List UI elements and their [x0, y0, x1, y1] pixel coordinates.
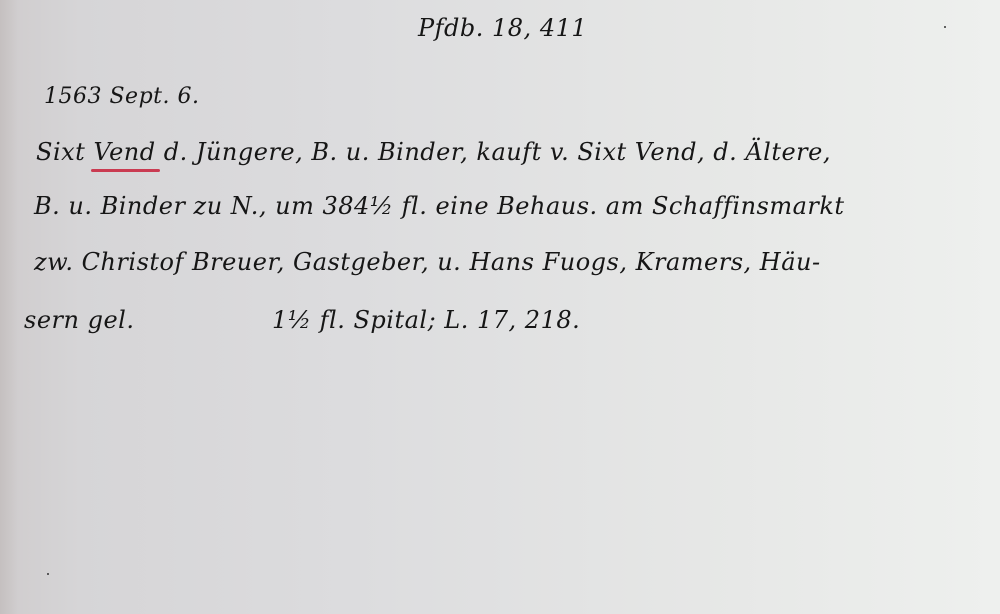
index-card: Pfdb. 18, 411 1563 Sept. 6. Sixt Vend d.… — [0, 0, 1000, 614]
entry-line-1-prefix: Sixt — [36, 138, 85, 166]
entry-line-4-note: 1½ fl. Spital; L. 17, 218. — [272, 306, 580, 334]
entry-line-2: B. u. Binder zu N., um 384½ fl. eine Beh… — [34, 192, 845, 220]
archive-reference: Pfdb. 18, 411 — [418, 14, 587, 42]
paper-speck — [47, 573, 49, 575]
paper-speck — [944, 26, 946, 28]
entry-line-1: Sixt Vend d. Jüngere, B. u. Binder, kauf… — [36, 138, 831, 166]
card-edge-shadow — [0, 0, 18, 614]
date-line: 1563 Sept. 6. — [44, 84, 199, 109]
entry-line-1-suffix: d. Jüngere, B. u. Binder, kauft v. Sixt … — [164, 138, 831, 166]
entry-line-4: sern gel. — [24, 306, 134, 334]
entry-line-3: zw. Christof Breuer, Gastgeber, u. Hans … — [34, 248, 821, 276]
surname-highlight: Vend — [93, 138, 155, 166]
